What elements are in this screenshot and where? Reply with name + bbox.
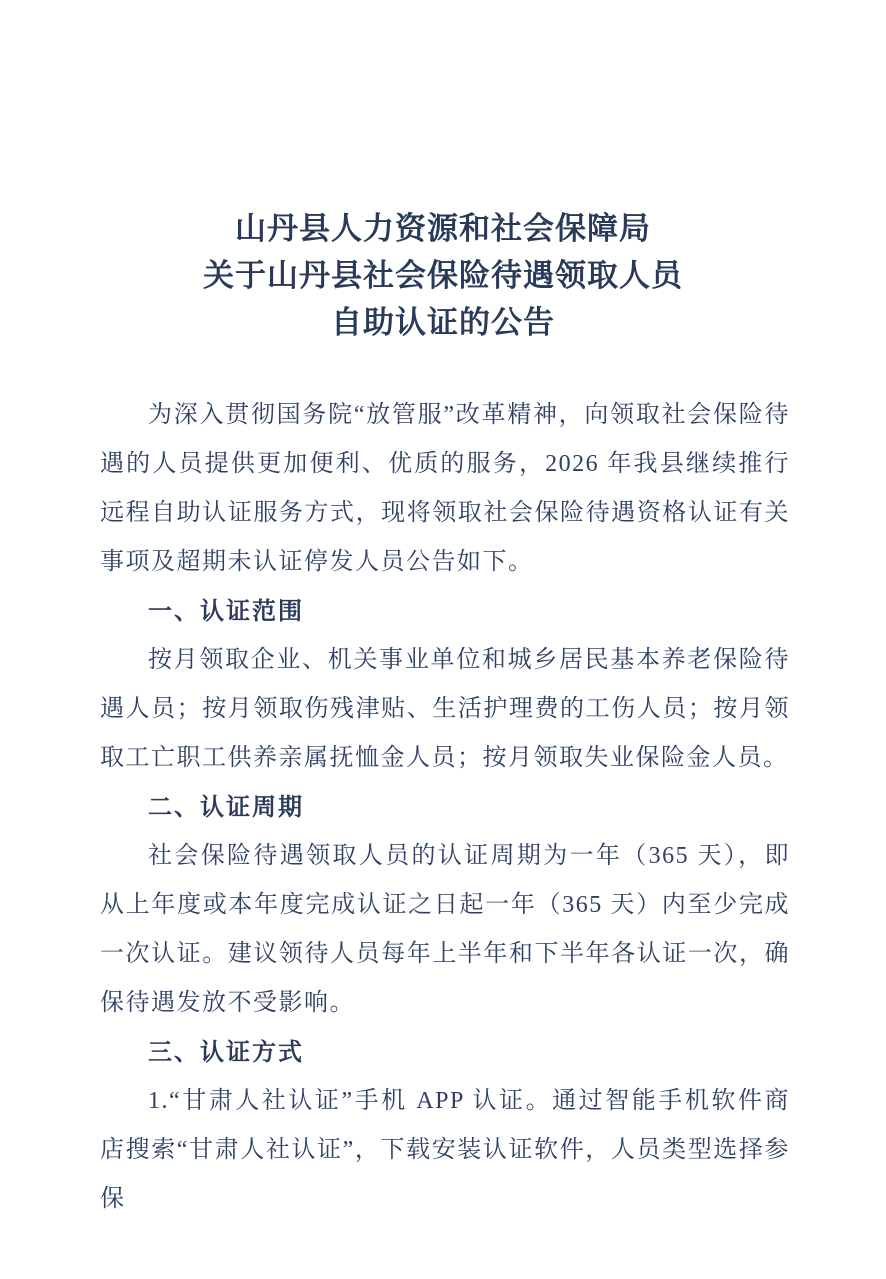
paragraph-cycle: 社会保险待遇领取人员的认证周期为一年（365 天），即从上年度或本年度完成认证之…	[100, 832, 790, 1028]
title-line-1: 山丹县人力资源和社会保障局	[60, 205, 826, 252]
paragraph-method-app: 1.“甘肃人社认证”手机 APP 认证。通过智能手机软件商店搜索“甘肃人社认证”…	[100, 1077, 790, 1224]
document-page: 山丹县人力资源和社会保障局 关于山丹县社会保险待遇领取人员 自助认证的公告 为深…	[0, 0, 886, 1279]
section-heading-cycle: 二、认证周期	[100, 783, 790, 832]
document-title: 山丹县人力资源和社会保障局 关于山丹县社会保险待遇领取人员 自助认证的公告	[60, 205, 826, 346]
title-line-3: 自助认证的公告	[60, 299, 826, 346]
paragraph-intro: 为深入贯彻国务院“放管服”改革精神，向领取社会保险待遇的人员提供更加便利、优质的…	[100, 391, 790, 587]
document-body: 为深入贯彻国务院“放管服”改革精神，向领取社会保险待遇的人员提供更加便利、优质的…	[100, 391, 790, 1224]
title-line-2: 关于山丹县社会保险待遇领取人员	[60, 252, 826, 299]
paragraph-scope: 按月领取企业、机关事业单位和城乡居民基本养老保险待遇人员；按月领取伤残津贴、生活…	[100, 636, 790, 783]
section-heading-method: 三、认证方式	[100, 1028, 790, 1077]
section-heading-scope: 一、认证范围	[100, 587, 790, 636]
